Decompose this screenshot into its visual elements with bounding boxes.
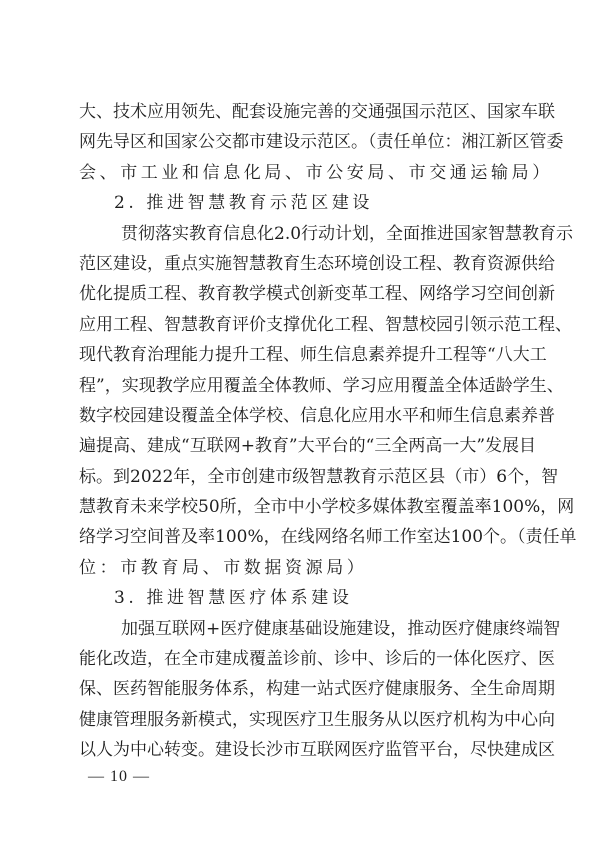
page-number: — 10 — — [88, 766, 150, 788]
document-page: 大、技术应用领先、配套设施完善的交通强国示范区、国家车联 网先导区和国家公交都市… — [0, 0, 600, 848]
document-body: 大、技术应用领先、配套设施完善的交通强国示范区、国家车联 网先导区和国家公交都市… — [79, 97, 525, 766]
paragraph-line: 应用工程、智慧教育评价支撑优化工程、智慧校园引领示范工程、 — [79, 310, 525, 340]
paragraph-line: 能化改造，在全市建成覆盖诊前、诊中、诊后的一体化医疗、医 — [79, 644, 525, 674]
paragraph-line: 标。到2022年，全市创建市级智慧教育示范区县（市）6个，智 — [79, 462, 525, 492]
paragraph-line: 遍提高、建成“互联网+教育”大平台的“三全两高一大”发展目 — [79, 431, 525, 461]
paragraph-line: 健康管理服务新模式，实现医疗卫生服务从以医疗机构为中心向 — [79, 705, 525, 735]
paragraph-line: 贯彻落实教育信息化2.0行动计划，全面推进国家智慧教育示 — [79, 219, 525, 249]
section-heading: 3. 推进智慧医疗体系建设 — [79, 583, 525, 613]
paragraph-line: 范区建设，重点实施智慧教育生态环境创设工程、教育资源供给 — [79, 249, 525, 279]
paragraph-line: 数字校园建设覆盖全体学校、信息化应用水平和师生信息素养普 — [79, 401, 525, 431]
paragraph-line: 慧教育未来学校50所，全市中小学校多媒体教室覆盖率100%，网 — [79, 492, 525, 522]
paragraph-line: 优化提质工程、教育教学模式创新变革工程、网络学习空间创新 — [79, 279, 525, 309]
paragraph-line: 络学习空间普及率100%，在线网络名师工作室达100个。（责任单 — [79, 522, 525, 552]
paragraph-line: 程”，实现教学应用覆盖全体教师、学习应用覆盖全体适龄学生、 — [79, 371, 525, 401]
paragraph-line: 位：市教育局、市数据资源局） — [79, 553, 525, 583]
paragraph-line: 会、市工业和信息化局、市公安局、市交通运输局） — [79, 158, 525, 188]
paragraph-line: 以人为中心转变。建设长沙市互联网医疗监管平台，尽快建成区 — [79, 735, 525, 765]
paragraph-line: 现代教育治理能力提升工程、师生信息素养提升工程等“八大工 — [79, 340, 525, 370]
paragraph-line: 保、医药智能服务体系，构建一站式医疗健康服务、全生命周期 — [79, 674, 525, 704]
paragraph-line: 加强互联网+医疗健康基础设施建设，推动医疗健康终端智 — [79, 614, 525, 644]
paragraph-line: 大、技术应用领先、配套设施完善的交通强国示范区、国家车联 — [79, 97, 525, 127]
paragraph-line: 网先导区和国家公交都市建设示范区。（责任单位：湘江新区管委 — [79, 127, 525, 157]
section-heading: 2. 推进智慧教育示范区建设 — [79, 188, 525, 218]
